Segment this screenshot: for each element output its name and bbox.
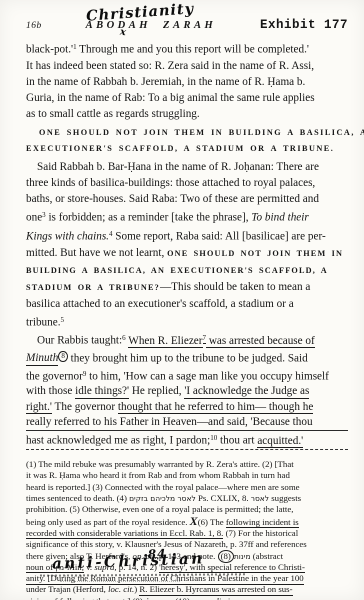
text-segment: significance of this story, v. Klausner'… bbox=[26, 539, 307, 549]
text-segment: 5 bbox=[61, 316, 65, 324]
text-line: ONE SHOULD NOT JOIN THEM IN BUILDING A B… bbox=[26, 125, 348, 141]
text-segment: thou art bbox=[217, 435, 257, 447]
text-line: significance of this story, v. Klausner'… bbox=[26, 539, 348, 550]
text-line: being only used as part of the royal res… bbox=[26, 516, 348, 528]
text-segment: right.' bbox=[26, 401, 52, 415]
bottom-note-number: 84 bbox=[148, 547, 167, 562]
handwritten-caret-mark: x bbox=[119, 27, 126, 39]
text-line: three kinds of basilica-buildings: those… bbox=[26, 175, 348, 191]
text-segment: the governor bbox=[26, 370, 83, 382]
paragraph-gemara-2: Said Rabbah b. Bar-Ḥana in the name of R… bbox=[26, 159, 348, 332]
text-segment: The governor bbox=[52, 401, 118, 413]
text-segment: 8 bbox=[58, 351, 68, 362]
paragraph-gemara-3: Christianity x Our Rabbis taught:6 When … bbox=[26, 331, 348, 450]
text-line: hast acknowledged me as right, I pardon;… bbox=[26, 430, 348, 450]
text-line: (1) The mild rebuke was presumably warra… bbox=[26, 459, 348, 470]
text-segment: (8) bbox=[218, 550, 234, 563]
text-segment: He replied, bbox=[129, 385, 184, 397]
text-segment: recorded with considerable variations in… bbox=[26, 528, 223, 540]
text-line: it was R. Ḥama who heard it from Rab and… bbox=[26, 470, 348, 481]
text-segment: noun of bbox=[26, 562, 55, 574]
folio-number: 16b bbox=[26, 21, 42, 31]
text-segment: Said Rabbah b. Bar-Ḥana in the name of R… bbox=[37, 161, 319, 173]
text-line: basilica attached to an executioner's sc… bbox=[26, 296, 348, 312]
text-segment: לאסר bbox=[251, 494, 269, 503]
text-line: Kings with chains.4 Some report, Raba sa… bbox=[26, 226, 348, 245]
text-segment: suggests bbox=[269, 493, 301, 503]
text-line: It has indeed been stated so: R. Zera sa… bbox=[26, 58, 348, 74]
text-segment: To bind their bbox=[251, 212, 308, 224]
text-segment: is forbidden; as a reminder [take the ph… bbox=[46, 212, 252, 224]
text-segment: basilica attached to an executioner's sc… bbox=[26, 298, 294, 310]
text-line: with those idle things?' He replied, 'I … bbox=[26, 384, 348, 399]
text-segment: ἡγεμων. bbox=[145, 596, 173, 600]
text-segment: with those bbox=[26, 385, 75, 397]
paragraph-gemara-1: black-pot.'1 Through me and you this rep… bbox=[26, 39, 348, 123]
text-segment: heard is reported.] (3) Connected with t… bbox=[26, 482, 300, 492]
text-line: recorded with considerable variations in… bbox=[26, 528, 348, 539]
text-line: the governor9 to him, 'How can a sage ma… bbox=[26, 367, 348, 385]
exhibit-stamp: Exhibit 177 bbox=[260, 18, 348, 32]
scan-artifact-line-2 bbox=[60, 581, 180, 582]
footnotes-block: (1) The mild rebuke was presumably warra… bbox=[26, 459, 348, 600]
text-segment: Some report, Raba said: All [basilicae] … bbox=[112, 230, 325, 242]
text-line: one3 is forbidden; as a reminder [take t… bbox=[26, 207, 348, 226]
text-segment: (abstract bbox=[251, 551, 283, 561]
text-line: STADIUM OR A TRIBUNE?—This should be tak… bbox=[26, 279, 348, 296]
text-segment: BUILDING A BASILICA, AN EXECUTIONER'S SC… bbox=[26, 266, 328, 275]
text-segment: Our Rabbis taught: bbox=[37, 335, 122, 347]
text-segment: three kinds of basilica-buildings: those… bbox=[26, 177, 315, 189]
text-line: Our Rabbis taught:6 When R. Eliezer7 was… bbox=[26, 331, 348, 349]
text-segment: times sentenced to death. (4) bbox=[26, 493, 129, 503]
page-header: 16b ABODAH ZARAH Exhibit 177 bbox=[26, 18, 348, 32]
text-line: EXECUTIONER'S SCAFFOLD, A STADIUM OR A T… bbox=[26, 141, 348, 157]
text-segment: ONE SHOULD NOT JOIN THEM IN bbox=[167, 249, 343, 258]
text-line: in the name of Rabbah b. Jeremiah, in th… bbox=[26, 74, 348, 90]
text-line: baths, or store-houses. Said Raba: Two o… bbox=[26, 191, 348, 207]
text-line: tribune.5 bbox=[26, 312, 348, 331]
text-segment: as to small cattle as regards struggling… bbox=[26, 108, 200, 120]
text-segment: it was R. Ḥama who heard it from Rab and… bbox=[26, 470, 290, 480]
text-segment: 'I acknowledge the Judge as bbox=[184, 385, 309, 399]
text-segment: Guria, in the name of Rab: To a big anim… bbox=[26, 92, 315, 104]
text-line: right.' The governor thought that he ref… bbox=[26, 400, 348, 415]
page-title: ABODAH ZARAH bbox=[42, 20, 260, 31]
text-segment: X bbox=[190, 514, 198, 528]
text-line: black-pot.'1 Through me and you this rep… bbox=[26, 39, 348, 58]
text-segment: —This should be taken to mean a bbox=[160, 281, 310, 293]
text-line: Said Rabbah b. Bar-Ḥana in the name of R… bbox=[26, 159, 348, 175]
text-line: mitted. But have we not learnt, ONE SHOU… bbox=[26, 245, 348, 262]
text-segment: dimissus. bbox=[214, 596, 247, 600]
text-line: picion of following that sect.] (9) ἡγεμ… bbox=[26, 596, 348, 600]
text-segment: מינות bbox=[234, 552, 251, 561]
text-segment: ONE SHOULD NOT JOIN THEM IN BUILDING A B… bbox=[39, 128, 364, 137]
text-segment: they brought him up to the tribune to be… bbox=[68, 352, 308, 364]
text-segment: thought that he referred to him— though … bbox=[118, 401, 313, 415]
text-segment: loc. cit. bbox=[108, 584, 134, 594]
text-segment: baths, or store-houses. Said Raba: Two o… bbox=[26, 193, 319, 205]
text-segment: one bbox=[26, 212, 42, 224]
text-segment: was arrested because of bbox=[206, 335, 315, 349]
text-line: heard is reported.] (3) Connected with t… bbox=[26, 482, 348, 493]
text-line: really referred to his Father in Heaven—… bbox=[26, 415, 348, 430]
text-segment: R. Eliezer b. Hyrcanus was arrested on s… bbox=[139, 584, 292, 596]
text-segment: being only used as part of the royal res… bbox=[26, 517, 190, 527]
text-segment: following incident is bbox=[226, 517, 299, 529]
text-segment: black-pot.' bbox=[26, 44, 73, 56]
text-segment: Through me and you this report will be c… bbox=[77, 44, 309, 56]
paragraph-mishnah: ONE SHOULD NOT JOIN THEM IN BUILDING A B… bbox=[26, 125, 348, 157]
text-segment: really referred to his Father in Heaven—… bbox=[26, 416, 313, 428]
text-line: under Trajan (Herford, loc. cit.) R. Eli… bbox=[26, 584, 348, 595]
text-line: prohibition. (5) Otherwise, even one of … bbox=[26, 504, 348, 515]
text-segment: STADIUM OR A TRIBUNE? bbox=[26, 283, 160, 292]
text-segment: acquitted.' bbox=[257, 435, 303, 449]
text-segment: (1) The mild rebuke was presumably warra… bbox=[26, 459, 294, 469]
text-segment: It has indeed been stated so: R. Zera sa… bbox=[26, 60, 314, 72]
text-segment: When R. Eliezer bbox=[128, 335, 202, 349]
text-segment: idle things?' bbox=[75, 385, 129, 399]
text-line: times sentenced to death. (4) לאסר מלכיה… bbox=[26, 493, 348, 504]
text-segment: in the name of Rabbah b. Jeremiah, in th… bbox=[26, 76, 305, 88]
text-segment: hast acknowledged me as right, I pardon; bbox=[26, 435, 210, 447]
text-line: BUILDING A BASILICA, AN EXECUTIONER'S SC… bbox=[26, 262, 348, 279]
text-segment: Kings with chains. bbox=[26, 230, 109, 242]
text-segment: לאסר מלכיהם בזקים bbox=[129, 494, 196, 503]
text-segment: Ps. CXLIX, 8. bbox=[196, 493, 251, 503]
text-line: Minuth8 they brought him up to the tribu… bbox=[26, 349, 348, 367]
text-line: as to small cattle as regards struggling… bbox=[26, 106, 348, 122]
page-content: 16b ABODAH ZARAH Exhibit 177 black-pot.'… bbox=[26, 18, 348, 600]
text-segment: (7) For the historical bbox=[223, 528, 298, 538]
text-segment: under Trajan (Herford, bbox=[26, 584, 108, 594]
text-segment: (10) bbox=[173, 596, 192, 600]
text-line: Guria, in the name of Rab: To a big anim… bbox=[26, 90, 348, 106]
text-segment: EXECUTIONER'S SCAFFOLD, A STADIUM OR A T… bbox=[26, 144, 334, 153]
text-segment: Minuth bbox=[26, 352, 58, 366]
scanned-book-page: 16b ABODAH ZARAH Exhibit 177 black-pot.'… bbox=[0, 0, 364, 600]
text-segment: to him, 'How can a sage man like you occ… bbox=[86, 370, 329, 382]
text-segment: mitted. But have we not learnt, bbox=[26, 247, 167, 259]
text-segment: (6) The bbox=[198, 517, 226, 527]
text-segment: tribune. bbox=[26, 317, 61, 329]
text-segment: prohibition. (5) Otherwise, even one of … bbox=[26, 504, 293, 514]
text-segment: picion of following that sect.] bbox=[26, 596, 130, 600]
text-segment: (9) bbox=[130, 596, 145, 600]
